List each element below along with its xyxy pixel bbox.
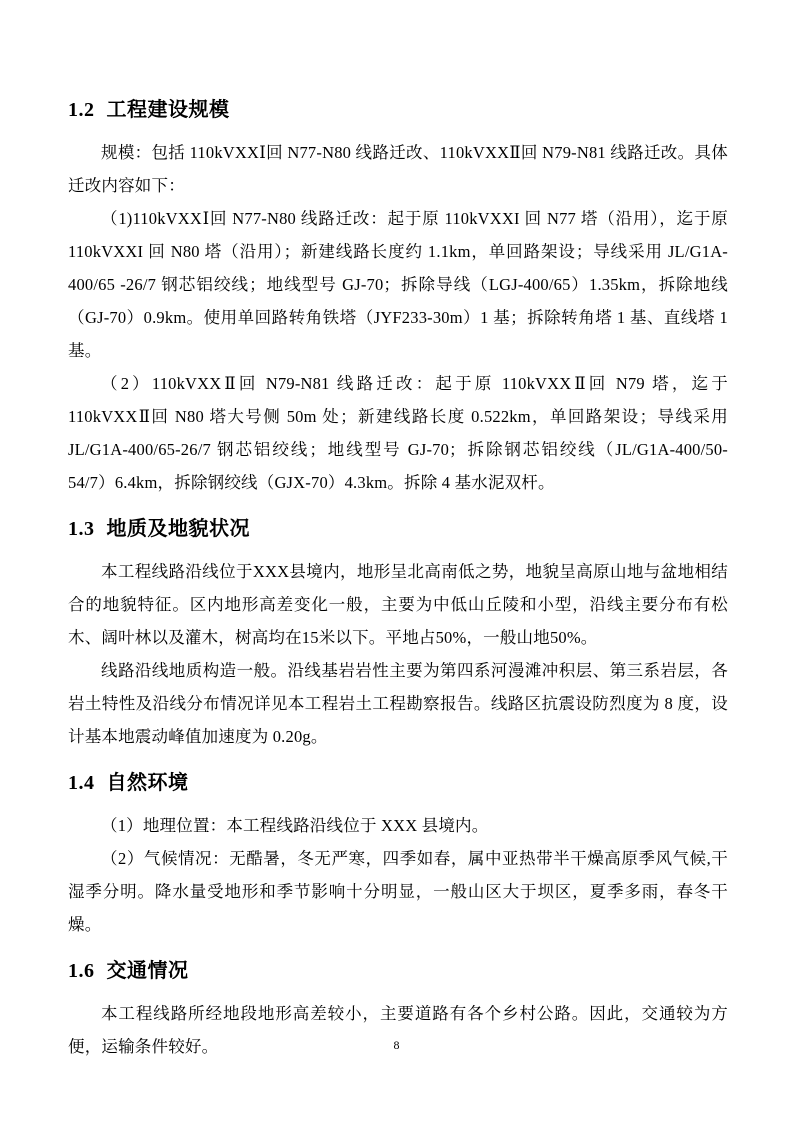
section-number: 1.6 bbox=[68, 960, 95, 982]
section-1-3: 1.3地质及地貌状况 本工程线路沿线位于XXX县境内，地形呈北高南低之势，地貌呈… bbox=[68, 515, 728, 753]
section-heading: 1.4自然环境 bbox=[68, 769, 728, 797]
paragraph: 本工程线路所经地段地形高差较小，主要道路有各个乡村公路。因此，交通较为方便，运输… bbox=[68, 997, 728, 1063]
paragraph: 规模：包括 110kVXXⅠ回 N77-N80 线路迁改、110kVXXⅡ回 N… bbox=[68, 136, 728, 202]
paragraph: 线路沿线地质构造一般。沿线基岩岩性主要为第四系河漫滩冲积层、第三系岩层，各岩土特… bbox=[68, 654, 728, 753]
paragraph: （2）110kVXXⅡ回 N79-N81 线路迁改：起于原 110kVXXⅡ回 … bbox=[68, 367, 728, 499]
section-heading: 1.2工程建设规模 bbox=[68, 96, 728, 124]
section-number: 1.3 bbox=[68, 518, 95, 540]
section-title: 自然环境 bbox=[107, 772, 189, 794]
section-title: 工程建设规模 bbox=[107, 99, 230, 121]
section-heading: 1.6交通情况 bbox=[68, 957, 728, 985]
paragraph: （2）气候情况：无酷暑，冬无严寒，四季如春，属中亚热带半干燥高原季风气候,干湿季… bbox=[68, 842, 728, 941]
document-content: 1.2工程建设规模 规模：包括 110kVXXⅠ回 N77-N80 线路迁改、1… bbox=[68, 96, 728, 1063]
section-title: 交通情况 bbox=[107, 960, 189, 982]
paragraph: 本工程线路沿线位于XXX县境内，地形呈北高南低之势，地貌呈高原山地与盆地相结合的… bbox=[68, 555, 728, 654]
paragraph: （1)110kVXXⅠ回 N77-N80 线路迁改：起于原 110kVXXI 回… bbox=[68, 202, 728, 367]
section-title: 地质及地貌状况 bbox=[107, 518, 251, 540]
section-1-4: 1.4自然环境 （1）地理位置：本工程线路沿线位于 XXX 县境内。 （2）气候… bbox=[68, 769, 728, 941]
section-number: 1.2 bbox=[68, 99, 95, 121]
section-1-2: 1.2工程建设规模 规模：包括 110kVXXⅠ回 N77-N80 线路迁改、1… bbox=[68, 96, 728, 499]
paragraph: （1）地理位置：本工程线路沿线位于 XXX 县境内。 bbox=[68, 809, 728, 842]
document-page: 1.2工程建设规模 规模：包括 110kVXXⅠ回 N77-N80 线路迁改、1… bbox=[0, 0, 793, 1122]
page-number: 8 bbox=[0, 1038, 793, 1053]
section-heading: 1.3地质及地貌状况 bbox=[68, 515, 728, 543]
section-number: 1.4 bbox=[68, 772, 95, 794]
